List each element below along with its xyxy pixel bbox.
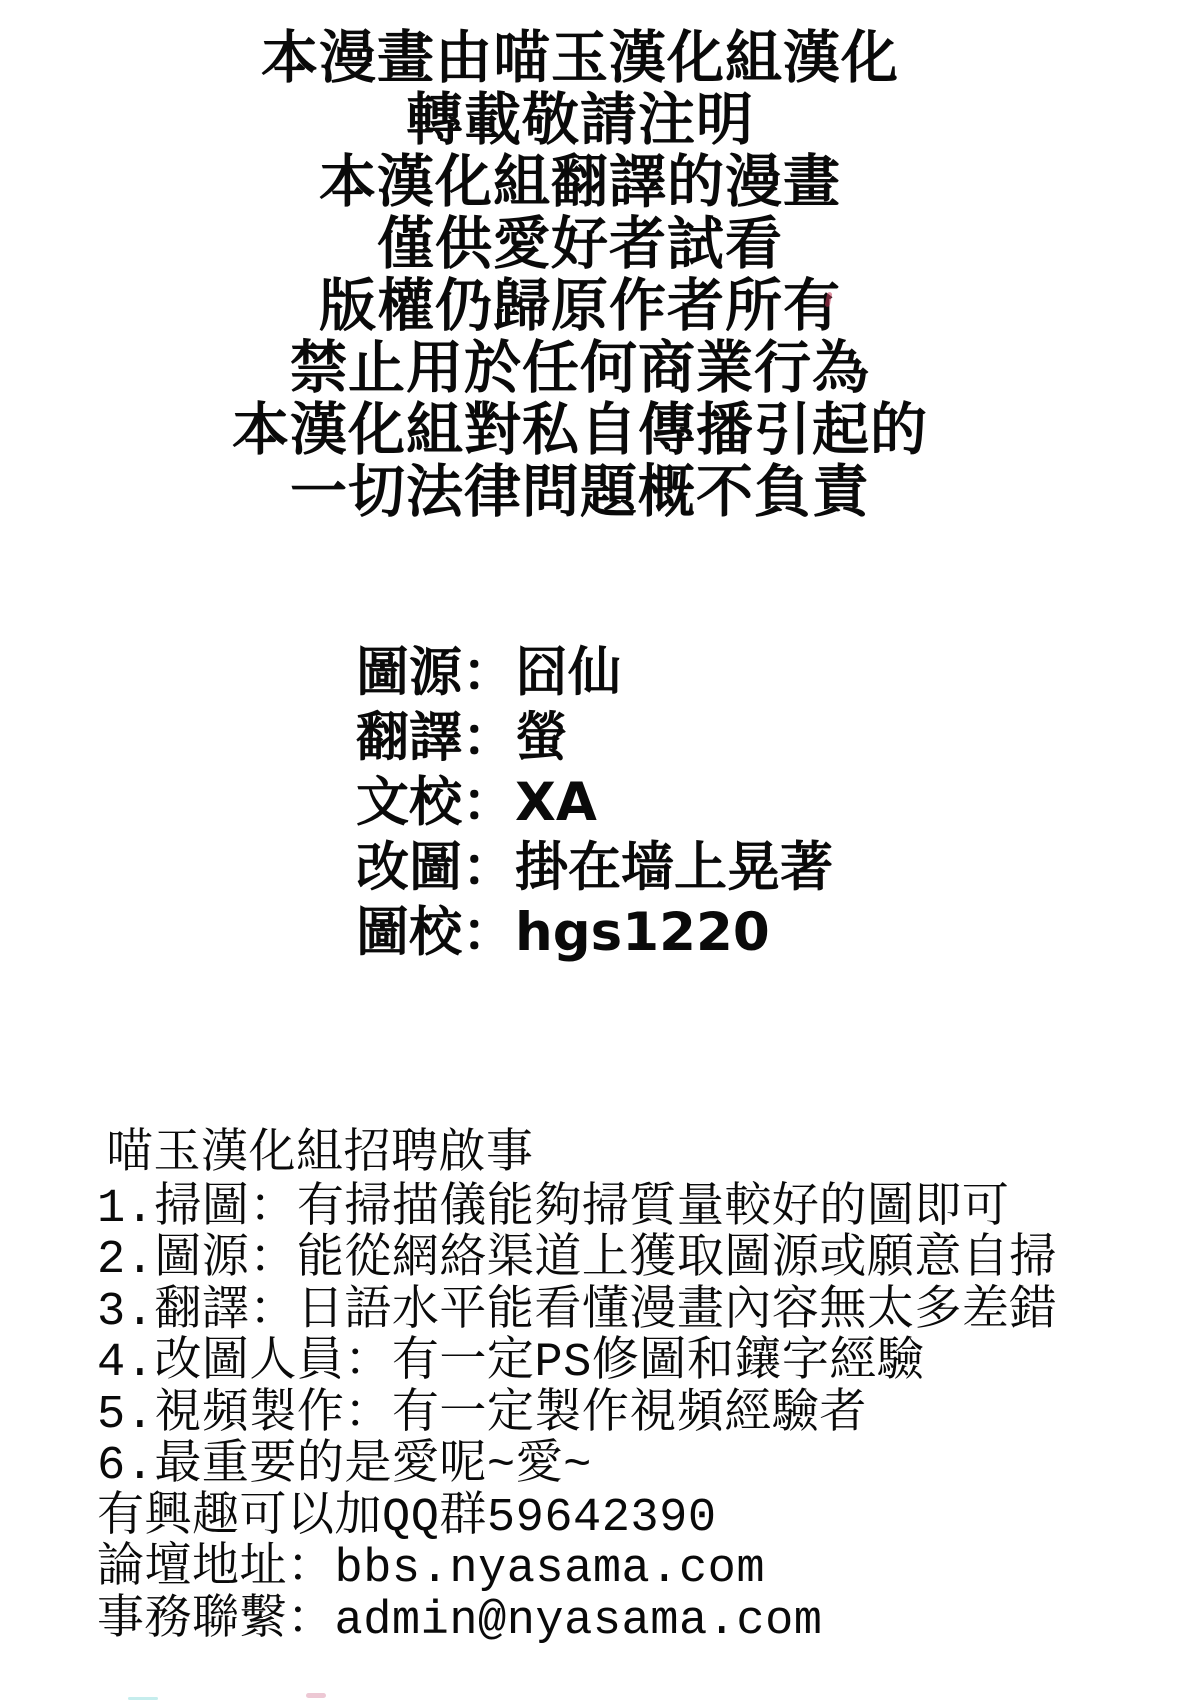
disclaimer-line: 禁止用於任何商業行為 [0, 338, 1160, 400]
recruitment-line: 5.視頻製作：有一定製作視頻經驗者 [97, 1390, 1057, 1442]
credit-name: 掛在墙上晃著 [515, 837, 833, 898]
colon-separator: ： [462, 707, 515, 768]
colon-separator: ： [462, 772, 515, 833]
credit-name: 螢 [515, 707, 568, 768]
disclaimer-line: 本漢化組翻譯的漫畫 [0, 152, 1160, 214]
recruitment-line: 有興趣可以加QQ群59642390 [97, 1493, 1057, 1545]
scan-page: 本漫畫由喵玉漢化組漢化 轉載敬請注明 本漢化組翻譯的漫畫 僅供愛好者試看 版權仍… [0, 0, 1200, 1708]
colon-separator: ： [462, 642, 515, 703]
disclaimer-line: 轉載敬請注明 [0, 90, 1160, 152]
disclaimer-line: 本漢化組對私自傳播引起的 [0, 400, 1160, 462]
credit-row: 改圖：掛在墙上晃著 [356, 835, 833, 900]
credit-name: hgs1220 [515, 902, 770, 963]
recruitment-line: 6.最重要的是愛呢~愛~ [97, 1441, 1057, 1493]
credit-row: 圖源：囧仙 [356, 640, 833, 705]
disclaimer-block: 本漫畫由喵玉漢化組漢化 轉載敬請注明 本漢化組翻譯的漫畫 僅供愛好者試看 版權仍… [0, 28, 1160, 524]
scan-artifact [128, 1697, 158, 1700]
recruitment-line: 1.掃圖：有掃描儀能夠掃質量較好的圖即可 [97, 1184, 1057, 1236]
credit-row: 文校：XA [356, 770, 833, 835]
recruitment-block: 喵玉漢化組招聘啟事 1.掃圖：有掃描儀能夠掃質量較好的圖即可 2.圖源：能從網絡… [97, 1130, 1057, 1647]
recruitment-line: 3.翻譯：日語水平能看懂漫畫內容無太多差錯 [97, 1287, 1057, 1339]
recruitment-line: 4.改圖人員：有一定PS修圖和鑲字經驗 [97, 1338, 1057, 1390]
credit-role: 翻譯 [356, 707, 462, 768]
disclaimer-line: 一切法律問題概不負責 [0, 462, 1160, 524]
colon-separator: ： [462, 902, 515, 963]
colon-separator: ： [462, 837, 515, 898]
credit-role: 圖校 [356, 902, 462, 963]
credit-role: 改圖 [356, 837, 462, 898]
recruitment-line: 論壇地址：bbs.nyasama.com [97, 1544, 1057, 1596]
disclaimer-line: 僅供愛好者試看 [0, 214, 1160, 276]
credit-name: 囧仙 [515, 642, 621, 703]
credit-role: 圖源 [356, 642, 462, 703]
credit-name: XA [515, 772, 597, 833]
credit-role: 文校 [356, 772, 462, 833]
scan-artifact [306, 1693, 326, 1698]
disclaimer-line: 版權仍歸原作者所有 [0, 276, 1160, 338]
credit-row: 圖校：hgs1220 [356, 900, 833, 965]
recruitment-line: 事務聯繫：admin@nyasama.com [97, 1596, 1057, 1648]
disclaimer-line: 本漫畫由喵玉漢化組漢化 [0, 28, 1160, 90]
credits-block: 圖源：囧仙 翻譯：螢 文校：XA 改圖：掛在墙上晃著 圖校：hgs1220 [356, 640, 833, 965]
recruitment-line: 2.圖源：能從網絡渠道上獲取圖源或願意自掃 [97, 1235, 1057, 1287]
recruitment-title: 喵玉漢化組招聘啟事 [106, 1130, 1057, 1182]
credit-row: 翻譯：螢 [356, 705, 833, 770]
